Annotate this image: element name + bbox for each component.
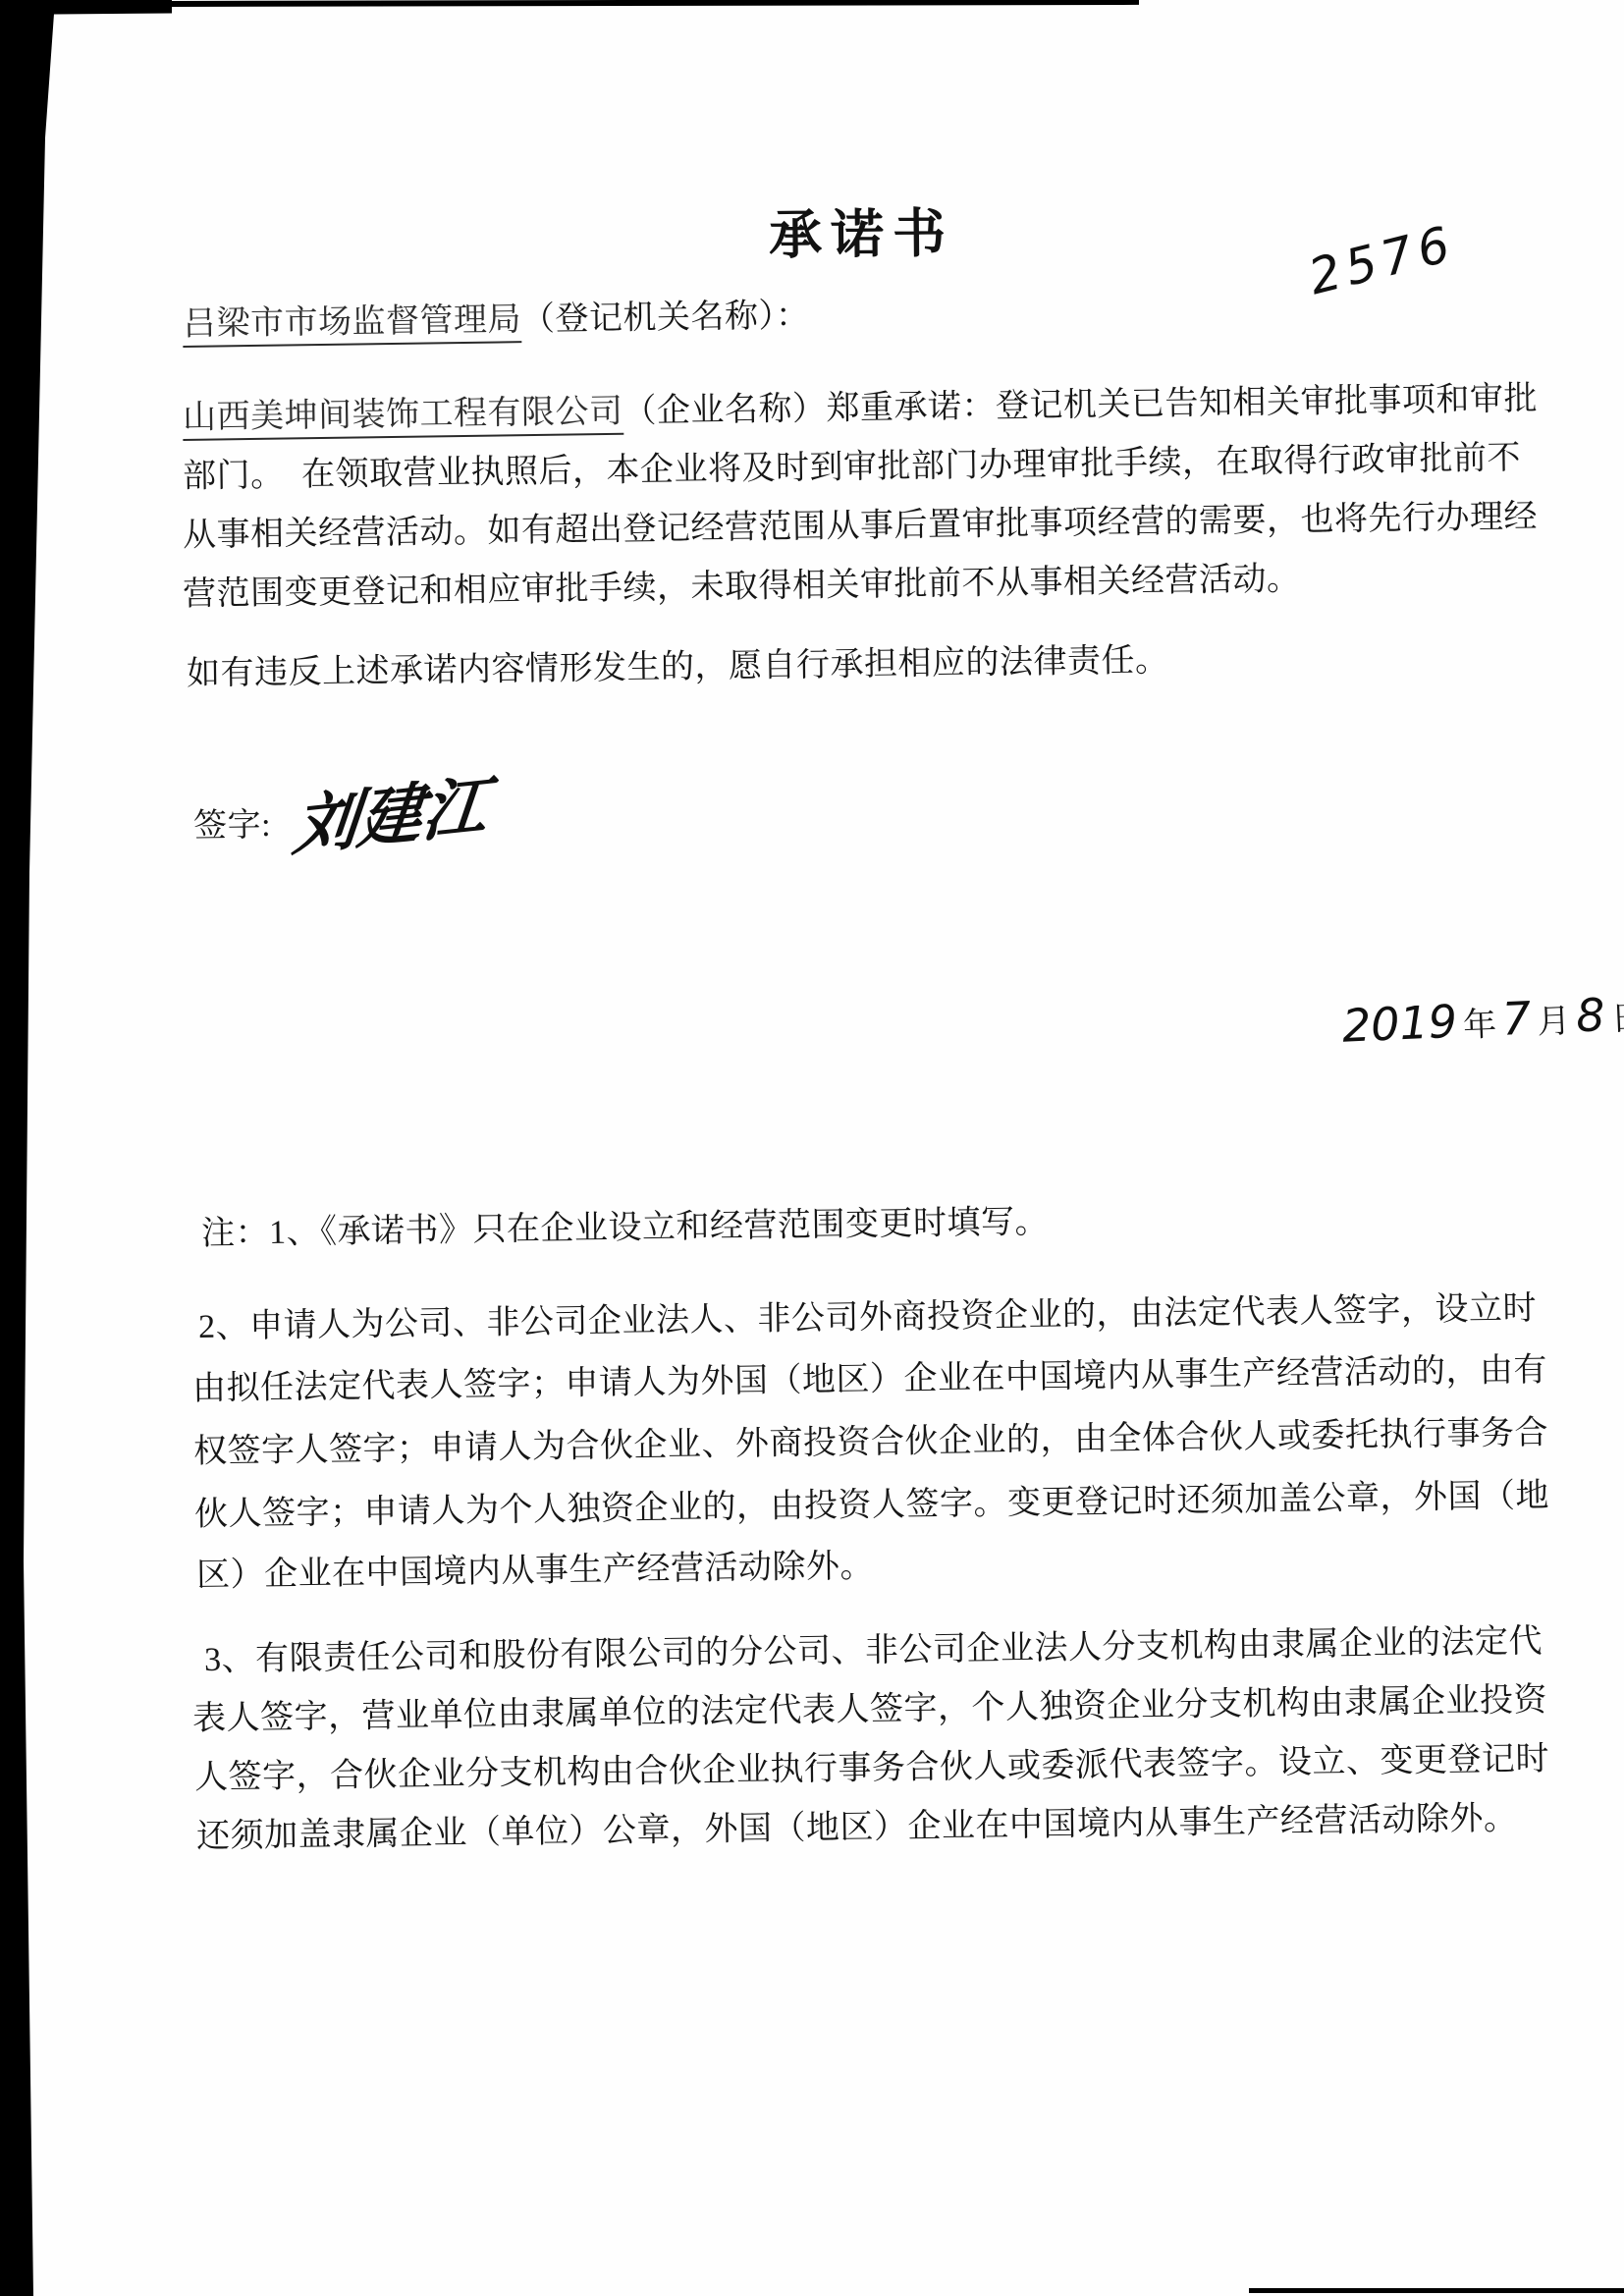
handwritten-document-number: 2576 (1303, 215, 1461, 306)
year-unit-label: 年 (1462, 1007, 1497, 1044)
date-line: 2019年7月8日 (1337, 986, 1624, 1053)
note-1: 注：1、《承诺书》只在企业设立和经营范围变更时填写。 (201, 1194, 1050, 1254)
commitment-line-1-rest: （企业名称）郑重承诺：登记机关已告知相关审批事项和审批 (623, 381, 1538, 430)
handwritten-month: 7 (1501, 991, 1533, 1045)
commitment-line-3: 从事相关经营活动。如有超出登记经营范围从事后置审批事项经营的需要，也将先行办理经 (183, 489, 1539, 556)
note-2-line-2: 由拟任法定代表人签字；申请人为外国（地区）企业在中国境内从事生产经营活动的，由有 (192, 1342, 1548, 1409)
document-title: 承诺书 (769, 191, 955, 269)
addressee-line: 吕梁市市场监督管理局（登记机关名称）： (183, 288, 810, 345)
day-unit-label: 日 (1610, 1000, 1624, 1037)
note-2-line-1: 2、申请人为公司、非公司企业法人、非公司外商投资企业的，由法定代表人签字，设立时 (198, 1281, 1538, 1347)
scan-edge-artifact-left (0, 0, 59, 2296)
handwritten-signature: 刘建江 (290, 753, 493, 868)
registration-authority-name: 吕梁市市场监督管理局 (183, 301, 522, 348)
note-3-line-2: 表人签字，营业单位由隶属单位的法定代表人签字，个人独资企业分支机构由隶属企业投资 (192, 1672, 1548, 1739)
commitment-line-1: 山西美坤间装饰工程有限公司（企业名称）郑重承诺：登记机关已告知相关审批事项和审批 (183, 371, 1539, 438)
scanned-document-page: 承诺书 2576 吕梁市市场监督管理局（登记机关名称）： 山西美坤间装饰工程有限… (0, 0, 1624, 2296)
liability-line: 如有违反上述承诺内容情形发生的，愿自行承担相应的法律责任。 (187, 632, 1169, 694)
commitment-line-4: 营范围变更登记和相应审批手续，未取得相关审批前不从事相关经营活动。 (183, 551, 1301, 615)
note-2-line-3: 权签字人签字；申请人为合伙企业、外商投资合伙企业的，由全体合伙人或委托执行事务合 (193, 1405, 1549, 1472)
company-name: 山西美坤间装饰工程有限公司 (183, 394, 623, 441)
handwritten-year: 2019 (1341, 995, 1458, 1053)
note-3-line-4: 还须加盖隶属企业（单位）公章，外国（地区）企业在中国境内从事生产经营活动除外。 (196, 1790, 1518, 1857)
signature-label: 签字: (193, 797, 272, 847)
note-3-line-1: 3、有限责任公司和股份有限公司的分公司、非公司企业法人分支机构由隶属企业的法定代 (204, 1613, 1543, 1680)
scan-edge-artifact-top-line (118, 0, 1139, 7)
month-unit-label: 月 (1537, 1004, 1572, 1041)
note-3-line-3: 人签字，合伙企业分支机构由合伙企业执行事务合伙人或委派代表签字。设立、变更登记时 (194, 1731, 1550, 1798)
scan-edge-artifact-bottom-line (1249, 2288, 1624, 2293)
handwritten-day: 8 (1575, 988, 1606, 1042)
note-2-line-5: 区）企业在中国境内从事生产经营活动除外。 (196, 1538, 875, 1596)
note-2-line-4: 伙人签字；申请人为个人独资企业的，由投资人签字。变更登记时还须加盖公章，外国（地 (194, 1468, 1550, 1535)
commitment-line-2: 部门。 在领取营业执照后，本企业将及时到审批部门办理审批手续，在取得行政审批前不 (183, 430, 1522, 497)
authority-label-suffix: （登记机关名称）： (521, 298, 810, 338)
